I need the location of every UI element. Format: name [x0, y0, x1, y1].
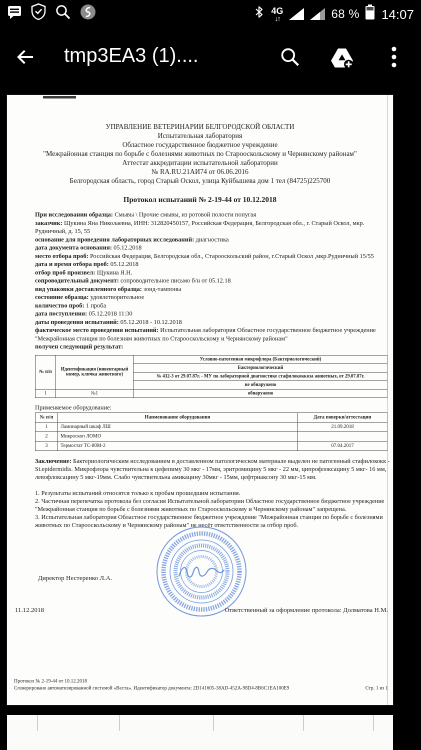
page-indicator: Стр. 1 из 1 [365, 685, 388, 692]
signature-date: 11.12.2018 [15, 606, 44, 614]
results-row: 1 №1 обнаружено [35, 389, 388, 398]
protocol-field: место отбора проб: Российская Федерация,… [35, 252, 388, 260]
footer-protocol-ref: Протокол № 2-19-44 от 10.12.2018 [14, 678, 388, 685]
footer-document-id: Сгенерировано автоматизированной системо… [14, 685, 352, 692]
protocol-field: вид упаковки доставленного образца: зонд… [35, 285, 388, 293]
page-footer: Протокол № 2-19-44 от 10.12.2018 Сгенери… [14, 678, 388, 692]
signal-triangle-icon [289, 8, 304, 20]
responsible-line: Ответственный за оформление протокола: Д… [225, 606, 388, 614]
protocol-field: заказчик: Щукина Яна Николаевна, ИНН: 31… [35, 219, 388, 236]
bluetooth-icon [253, 4, 265, 25]
signal-triangle-2-icon [310, 8, 325, 20]
clock: 14:07 [381, 7, 414, 22]
protocol-field: сопроводительный документ: сопроводитель… [35, 277, 388, 285]
protocol-field: состояние образца: удовлетворительное [35, 293, 388, 301]
protocol-field: дата и время отбора проб: 05.12.2018 [35, 260, 388, 268]
protocol-field: даты проведения испытаний: 05.12.2018 - … [35, 318, 388, 326]
protocol-field: дата документа основания: 05.12.2018 [35, 244, 388, 252]
protocol-field: основание для проведения лабораторных ис… [35, 235, 388, 243]
signature-block: Директор Нестеренко Л.А. 11.12.2018 Отве… [15, 531, 388, 630]
protocol-field: При исследовании образца: Смывы \ Прочие… [35, 211, 388, 219]
document-header: УПРАВЛЕНИЕ ВЕТЕРИНАРИИ БЕЛГОРОДСКОЙ ОБЛА… [7, 95, 393, 186]
protocol-fields: При исследовании образца: Смывы \ Прочие… [7, 205, 393, 351]
director-signature-line: Директор Нестеренко Л.А. [38, 574, 112, 582]
shazam-icon [80, 4, 96, 25]
search-icon [55, 4, 71, 25]
scan-line [37, 715, 38, 731]
conclusion: Заключение: Бактериологическим исследова… [35, 457, 390, 481]
header-line: "Межрайонная станция по борьбе с болезня… [7, 150, 393, 159]
document-page-2[interactable] [7, 715, 393, 750]
equipment-title: Применяемое оборудование: [35, 404, 393, 412]
network-type-indicator: 4G ↓↑ [271, 7, 283, 23]
drive-add-button[interactable] [329, 44, 355, 70]
notification-icons [7, 3, 96, 25]
shield-check-icon [31, 3, 46, 25]
results-norm: не обнаружено [133, 381, 388, 390]
note-line: 2. Частичная перепечатка протокола без с… [35, 497, 390, 513]
protocol-field: количество проб: 1 проба [35, 301, 388, 309]
app-bar: tmp3EA3 (1).... [0, 28, 421, 85]
equipment-row: 1 Ламинарный шкаф ЛШ 21.09.2018 [35, 422, 388, 432]
scan-line [373, 715, 374, 731]
protocol-field: получен следующий результат: [35, 343, 388, 351]
results-table: № п/п Идентификация (инвентарный номер, … [35, 355, 388, 398]
equipment-table: № п/п Наименование оборудования Дата пов… [35, 412, 388, 451]
document-content: УПРАВЛЕНИЕ ВЕТЕРИНАРИИ БЕЛГОРОДСКОЙ ОБЛА… [7, 95, 393, 705]
status-bar: 4G ↓↑ 68 % 14:07 [0, 0, 421, 28]
equipment-row: 2 Микроскоп ЛОМО [35, 432, 388, 442]
results-method-group: Условно-патогенная микрофлора (Бактериол… [133, 355, 388, 364]
protocol-title: Протокол испытаний № 2-19-44 от 10.12.20… [7, 196, 393, 205]
scan-artifact [43, 96, 76, 99]
overflow-menu-icon[interactable] [381, 44, 407, 70]
header-line: Белгородская область, город Старый Оскол… [7, 177, 393, 186]
document-title: tmp3EA3 (1).... [64, 45, 277, 68]
document-page-1[interactable]: УПРАВЛЕНИЕ ВЕТЕРИНАРИИ БЕЛГОРОДСКОЙ ОБЛА… [7, 95, 393, 705]
scan-line [303, 715, 304, 731]
protocol-field: отбор проб произвел: Щукина Я.Н. [35, 268, 388, 276]
results-col-id: Идентификация (инвентарный номер, кличка… [56, 355, 134, 389]
protocol-field: дата поступления: 05.12.2018 11:30 [35, 310, 388, 318]
battery-percent: 68 % [331, 7, 359, 21]
note-line: 1. Результаты испытаний относятся только… [35, 489, 390, 497]
battery-icon [365, 4, 375, 25]
results-method-doc: № 432-3 от 29.07.87г. - МУ по лабораторн… [133, 372, 388, 381]
header-line: Испытательная лаборатория [7, 132, 393, 141]
scan-line [119, 715, 120, 731]
protocol-notes: 1. Результаты испытаний относятся только… [35, 489, 390, 529]
pdf-viewer[interactable]: УПРАВЛЕНИЕ ВЕТЕРИНАРИИ БЕЛГОРОДСКОЙ ОБЛА… [0, 85, 421, 750]
results-method-type: Бактериологический [133, 364, 388, 373]
scan-line [213, 715, 214, 731]
search-button[interactable] [277, 44, 303, 70]
back-arrow-icon[interactable] [12, 44, 38, 70]
message-icon [7, 4, 22, 25]
equipment-row: 3 Термостат ТС-80М-2 07.04.2017 [35, 441, 388, 451]
header-line: Областное государственное бюджетное учре… [7, 141, 393, 150]
header-line: № RA.RU.21АИ74 от 06.06.2016 [7, 168, 393, 177]
result-value: обнаружено [133, 389, 388, 398]
round-stamp [154, 524, 249, 619]
header-line: УПРАВЛЕНИЕ ВЕТЕРИНАРИИ БЕЛГОРОДСКОЙ ОБЛА… [7, 123, 393, 132]
results-col-num: № п/п [35, 355, 56, 389]
protocol-field: фактическое место проведения испытаний: … [35, 326, 388, 343]
header-line: Аттестат аккредитации испытательной лабо… [7, 159, 393, 168]
